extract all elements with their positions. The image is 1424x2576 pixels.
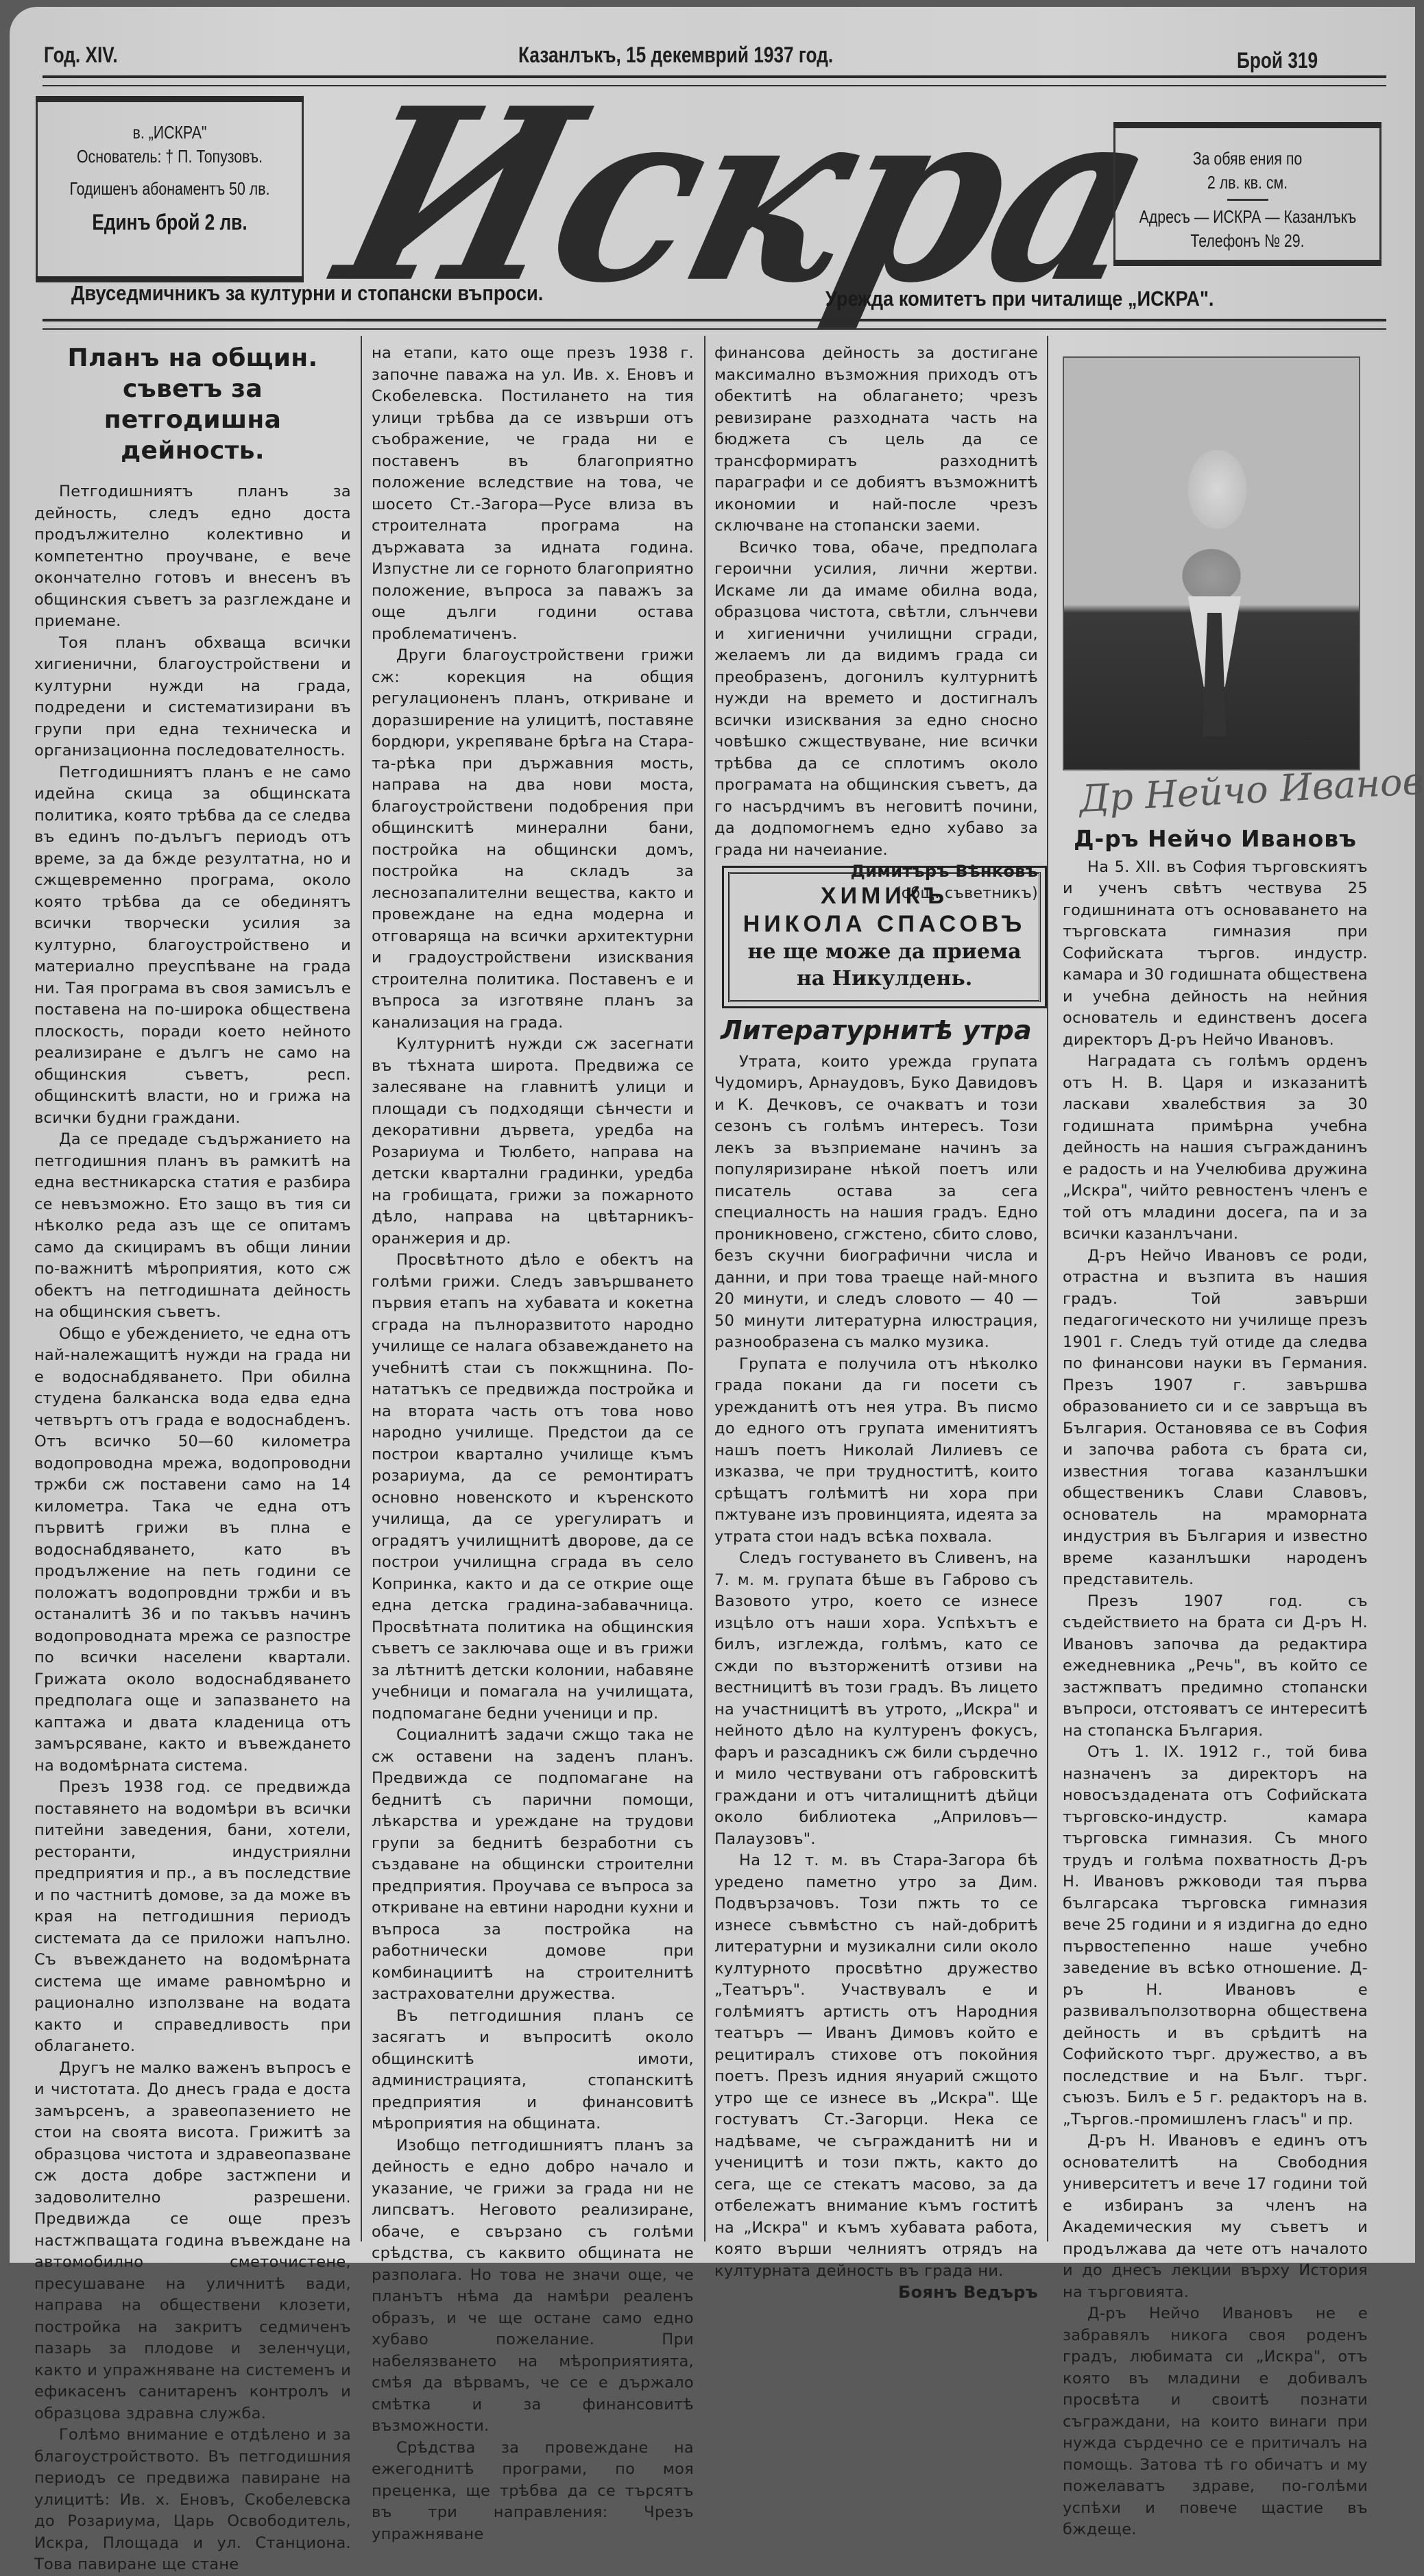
paragraph: Презъ 1938 год. се предвижда поставянето… (34, 1777, 351, 2058)
paragraph: Просвѣтното дѣло е обектъ на голѣми гриж… (372, 1250, 694, 1725)
paragraph: На 5. XII. въ София търговскиятъ и ученъ… (1063, 857, 1368, 1052)
paragraph: на етапи, като още презъ 1938 г. започне… (372, 343, 694, 645)
paragraph: Д-ръ Н. Ивановъ е единъ отъ основателитѣ… (1063, 2130, 1368, 2263)
notice-line-1: ХИМИКЪ (737, 882, 1032, 910)
article-literary-mornings: Литературнитѣ утра Утрата, които урежда … (714, 1020, 1038, 2263)
paragraph: Петгодишниятъ планъ е не само идейна ски… (34, 762, 351, 1130)
box-ad-rate-2: 2 лв. кв. см. (1139, 171, 1356, 195)
notice-line-2: НИКОЛА СПАСОВЪ (737, 910, 1032, 938)
issue-number: Брой 319 (1237, 48, 1318, 73)
subtitle-left: Двуседмичникъ за културни и стопански въ… (71, 281, 543, 306)
paragraph: Наградата съ голѣмъ орденъ отъ Н. В. Цар… (1063, 1051, 1368, 1246)
box-paper-name: в. „ИСКРА" (62, 121, 278, 145)
article-plan-column-3: финансова дейность за достигане максимал… (714, 343, 1038, 904)
chemist-notice-box: ХИМИКЪ НИКОЛА СПАСОВЪ не ще може да прие… (728, 872, 1041, 1002)
newspaper-page: Год. XIV. Казанлъкъ, 15 декемврий 1937 г… (10, 7, 1415, 2263)
paragraph: Петгодишниятъ планъ за дейность, следъ е… (34, 481, 351, 633)
article-plan-headline: Планъ на общин. съветъ за петгодишна дей… (34, 343, 351, 466)
paragraph: Всичко това, обаче, предполага героични … (714, 537, 1038, 862)
subscription-box: в. „ИСКРА" Основатель: † П. Топузовъ. Го… (36, 96, 304, 282)
masthead-bottom-rule (43, 319, 1386, 330)
paragraph: Общо е убеждението, че една отъ най-нале… (34, 1324, 351, 1777)
paragraph: Отъ 1. IX. 1912 г., той бива назначенъ з… (1063, 1742, 1368, 2130)
article-plan-column-1: Планъ на общин. съветъ за петгодишна дей… (34, 343, 351, 2263)
column-divider (361, 336, 362, 2241)
paragraph: Следъ гостуването въ Сливенъ, на 7. м. м… (714, 1548, 1038, 1850)
paragraph: Утрата, които урежда групата Чудомиръ, А… (714, 1052, 1038, 1354)
column-divider (704, 336, 705, 2241)
paragraph: Да се предаде съдържанието на петгодишни… (34, 1129, 351, 1324)
notice-line-3: не ще може да приема на Никулдень. (737, 938, 1032, 992)
paragraph: Другъ не малко важенъ въпросъ е и чистот… (34, 2058, 351, 2263)
paragraph: Презъ 1907 год. съ съдействието на брата… (1063, 1591, 1368, 1742)
article-dr-ivanov: Д-ръ Нейчо Ивановъ На 5. XII. въ София т… (1063, 828, 1368, 2263)
paragraph: финансова дейность за достигане максимал… (714, 343, 1038, 537)
paragraph: Изобщо петгодишниятъ планъ за дейность е… (372, 2135, 694, 2263)
paragraph: Въ петгодишния планъ се засягатъ и въпро… (372, 2006, 694, 2135)
box-phone: Телефонъ № 29. (1139, 229, 1356, 253)
paragraph: На 12 т. м. въ Стара-Загора бѣ уредено п… (714, 1850, 1038, 2263)
paragraph: Социалнитѣ задачи сжщо така не сж оставе… (372, 1725, 694, 2006)
box-ad-rate-1: За обяв ения по (1139, 147, 1356, 171)
paragraph: Групата е получила отъ нѣколко града пок… (714, 1354, 1038, 1548)
masthead-title: Искра (323, 77, 1171, 315)
box-subscription: Годишенъ абонаментъ 50 лв. (62, 177, 278, 201)
box-address: Адресъ — ИСКРА — Казанлъкъ (1139, 205, 1356, 229)
paragraph: Тоя планъ обхваща всички хигиенични, бла… (34, 633, 351, 762)
advertising-box: За обяв ения по 2 лв. кв. см. Адресъ — И… (1113, 122, 1381, 266)
subtitle-right: Урежда комитетъ при читалище „ИСКРА". (825, 287, 1214, 311)
paragraph: Д-ръ Нейчо Ивановъ се роди, отрастна и в… (1063, 1246, 1368, 1591)
box-founder: Основатель: † П. Топузовъ. (62, 145, 278, 169)
paragraph: Други благоустройствени грижи сж: корекц… (372, 645, 694, 1034)
article-plan-column-2: на етапи, като още презъ 1938 г. започне… (372, 343, 694, 2263)
box-price: Единъ брой 2 лв. (62, 208, 278, 237)
article-lit-headline: Литературнитѣ утра (714, 1020, 1038, 1042)
article-person-headline: Д-ръ Нейчо Ивановъ (1063, 828, 1368, 850)
column-divider (1047, 336, 1048, 2241)
portrait-photo (1063, 356, 1360, 770)
box-divider (1227, 199, 1268, 201)
year-label: Год. XIV. (44, 42, 118, 68)
paragraph: Културнитѣ нужди сж засегнати въ тѣхната… (372, 1034, 694, 1250)
